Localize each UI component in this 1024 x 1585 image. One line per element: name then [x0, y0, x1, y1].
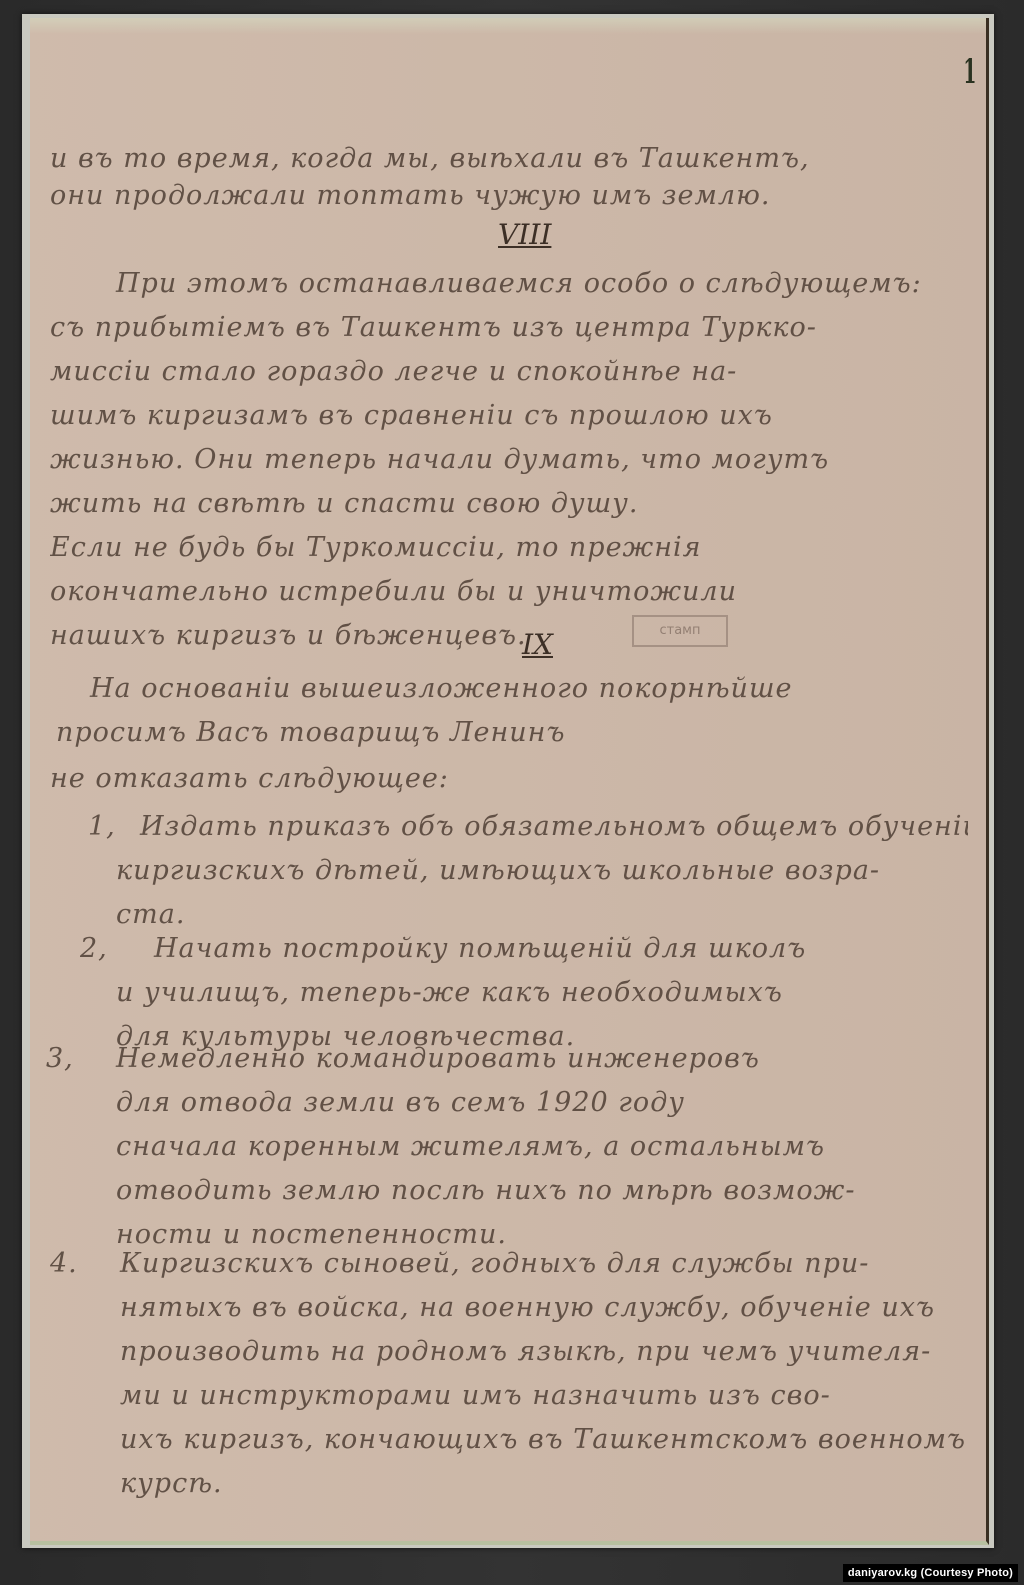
- text-line: ми и инструкторами имъ назначить изъ сво…: [50, 1377, 970, 1421]
- text-line: просимъ Васъ товарищъ Ленинъ: [50, 714, 970, 760]
- section-ix-intro: На основанiи вышеизложенного покорнѣйше …: [50, 670, 970, 804]
- list-item-1: 1,Издать приказъ объ обязательномъ общем…: [88, 808, 968, 940]
- text-line: для отвода земли въ семъ 1920 году: [46, 1084, 970, 1128]
- text-line: жизнью. Они теперь начали думать, что мо…: [50, 440, 970, 484]
- text-line: нашихъ киргизъ и бѣженцевъ.: [50, 616, 970, 660]
- text-line: окончательно истребили бы и уничтожили: [50, 572, 970, 616]
- section-heading-viii: VIII: [498, 218, 551, 251]
- text-line: не отказать слѣдующее:: [50, 760, 970, 804]
- list-number: 2,: [80, 930, 154, 967]
- text-line: шимъ киргизамъ въ сравненiи съ прошлою и…: [50, 396, 970, 440]
- text-line: нятыхъ въ войска, на военную службу, обу…: [50, 1289, 970, 1333]
- text-line: Немедленно командировать инженеровъ: [116, 1043, 760, 1074]
- text-line: киргизскихъ дѣтей, имѣющихъ школьные воз…: [88, 852, 968, 896]
- text-line: При этомъ останавливаемся особо о слѣдую…: [50, 264, 970, 308]
- archive-stamp: стамп: [632, 615, 728, 647]
- text-line: жить на свѣтѣ и спасти свою душу.: [50, 484, 970, 528]
- text-line: Издать приказъ объ обязательномъ общемъ …: [140, 811, 968, 842]
- text-line: сначала коренным жителямъ, а остальнымъ: [46, 1128, 970, 1172]
- text-line: Начать постройку помѣщенiй для школъ: [154, 933, 806, 964]
- list-item-4: 4.Киргизскихъ сыновей, годныхъ для служб…: [50, 1245, 970, 1509]
- text-line: Если не будь бы Туркомиссiи, то прежнiя: [50, 528, 970, 572]
- text-line: курсѣ.: [50, 1465, 970, 1509]
- section-heading-ix: IX: [522, 628, 553, 661]
- text-line: они продолжали топтать чужую имъ землю.: [50, 177, 970, 214]
- text-line: и въ то время, когда мы, выѣхали въ Ташк…: [50, 140, 970, 177]
- list-number: 3,: [46, 1040, 116, 1077]
- list-number: 1,: [88, 808, 140, 845]
- text-line: миссiи стало гораздо легче и спокойнѣе н…: [50, 352, 970, 396]
- page-number: 1: [963, 52, 976, 92]
- text-block-continuation: и въ то время, когда мы, выѣхали въ Ташк…: [50, 140, 970, 214]
- text-line: производить на родномъ языкѣ, при чемъ у…: [50, 1333, 970, 1377]
- section-viii-body: При этомъ останавливаемся особо о слѣдую…: [50, 264, 970, 660]
- text-line: отводить землю послѣ нихъ по мѣрѣ возмож…: [46, 1172, 970, 1216]
- list-number: 4.: [50, 1245, 120, 1282]
- text-line: Киргизскихъ сыновей, годныхъ для службы …: [120, 1248, 869, 1279]
- photo-credit-caption: daniyarov.kg (Courtesy Photo): [843, 1564, 1018, 1582]
- text-line: ихъ киргизъ, кончающихъ въ Ташкентскомъ …: [50, 1421, 970, 1465]
- text-line: и училищъ, теперь-же какъ необходимыхъ: [80, 974, 970, 1018]
- list-item-3: 3,Немедленно командировать инженеровъ дл…: [46, 1040, 970, 1260]
- text-line: На основанiи вышеизложенного покорнѣйше: [50, 670, 970, 714]
- text-line: съ прибытiемъ въ Ташкентъ изъ центра Тур…: [50, 308, 970, 352]
